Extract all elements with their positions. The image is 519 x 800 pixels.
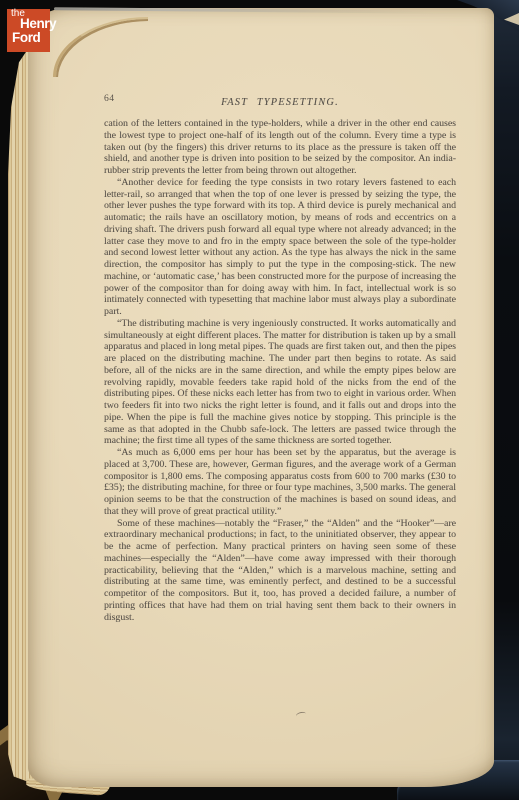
running-head: FAST TYPESETTING. bbox=[221, 97, 339, 108]
book-page: 64 FAST TYPESETTING. cation of the lette… bbox=[28, 8, 494, 787]
logo-text-henry: Henry bbox=[20, 16, 56, 31]
page-corner-edge-arc bbox=[53, 17, 148, 77]
logo-text-ford: Ford bbox=[12, 30, 40, 45]
ink-mark bbox=[296, 711, 307, 718]
henry-ford-logo: the Henry Ford bbox=[7, 9, 50, 52]
paragraph: “Another device for feeding the type con… bbox=[104, 177, 456, 318]
paragraph: Some of these machines—notably the “Fras… bbox=[104, 518, 456, 624]
paragraph: “As much as 6,000 ems per hour has been … bbox=[104, 447, 456, 518]
page-content: 64 FAST TYPESETTING. cation of the lette… bbox=[104, 92, 456, 623]
page-body-text: cation of the letters contained in the t… bbox=[104, 118, 456, 623]
paragraph: “The distributing machine is very ingeni… bbox=[104, 318, 456, 447]
page-header: 64 FAST TYPESETTING. bbox=[104, 92, 456, 105]
photo-background: 64 FAST TYPESETTING. cation of the lette… bbox=[0, 0, 519, 800]
paragraph: cation of the letters contained in the t… bbox=[104, 118, 456, 177]
book-shadow-gap bbox=[493, 0, 519, 800]
page-number: 64 bbox=[104, 93, 115, 104]
